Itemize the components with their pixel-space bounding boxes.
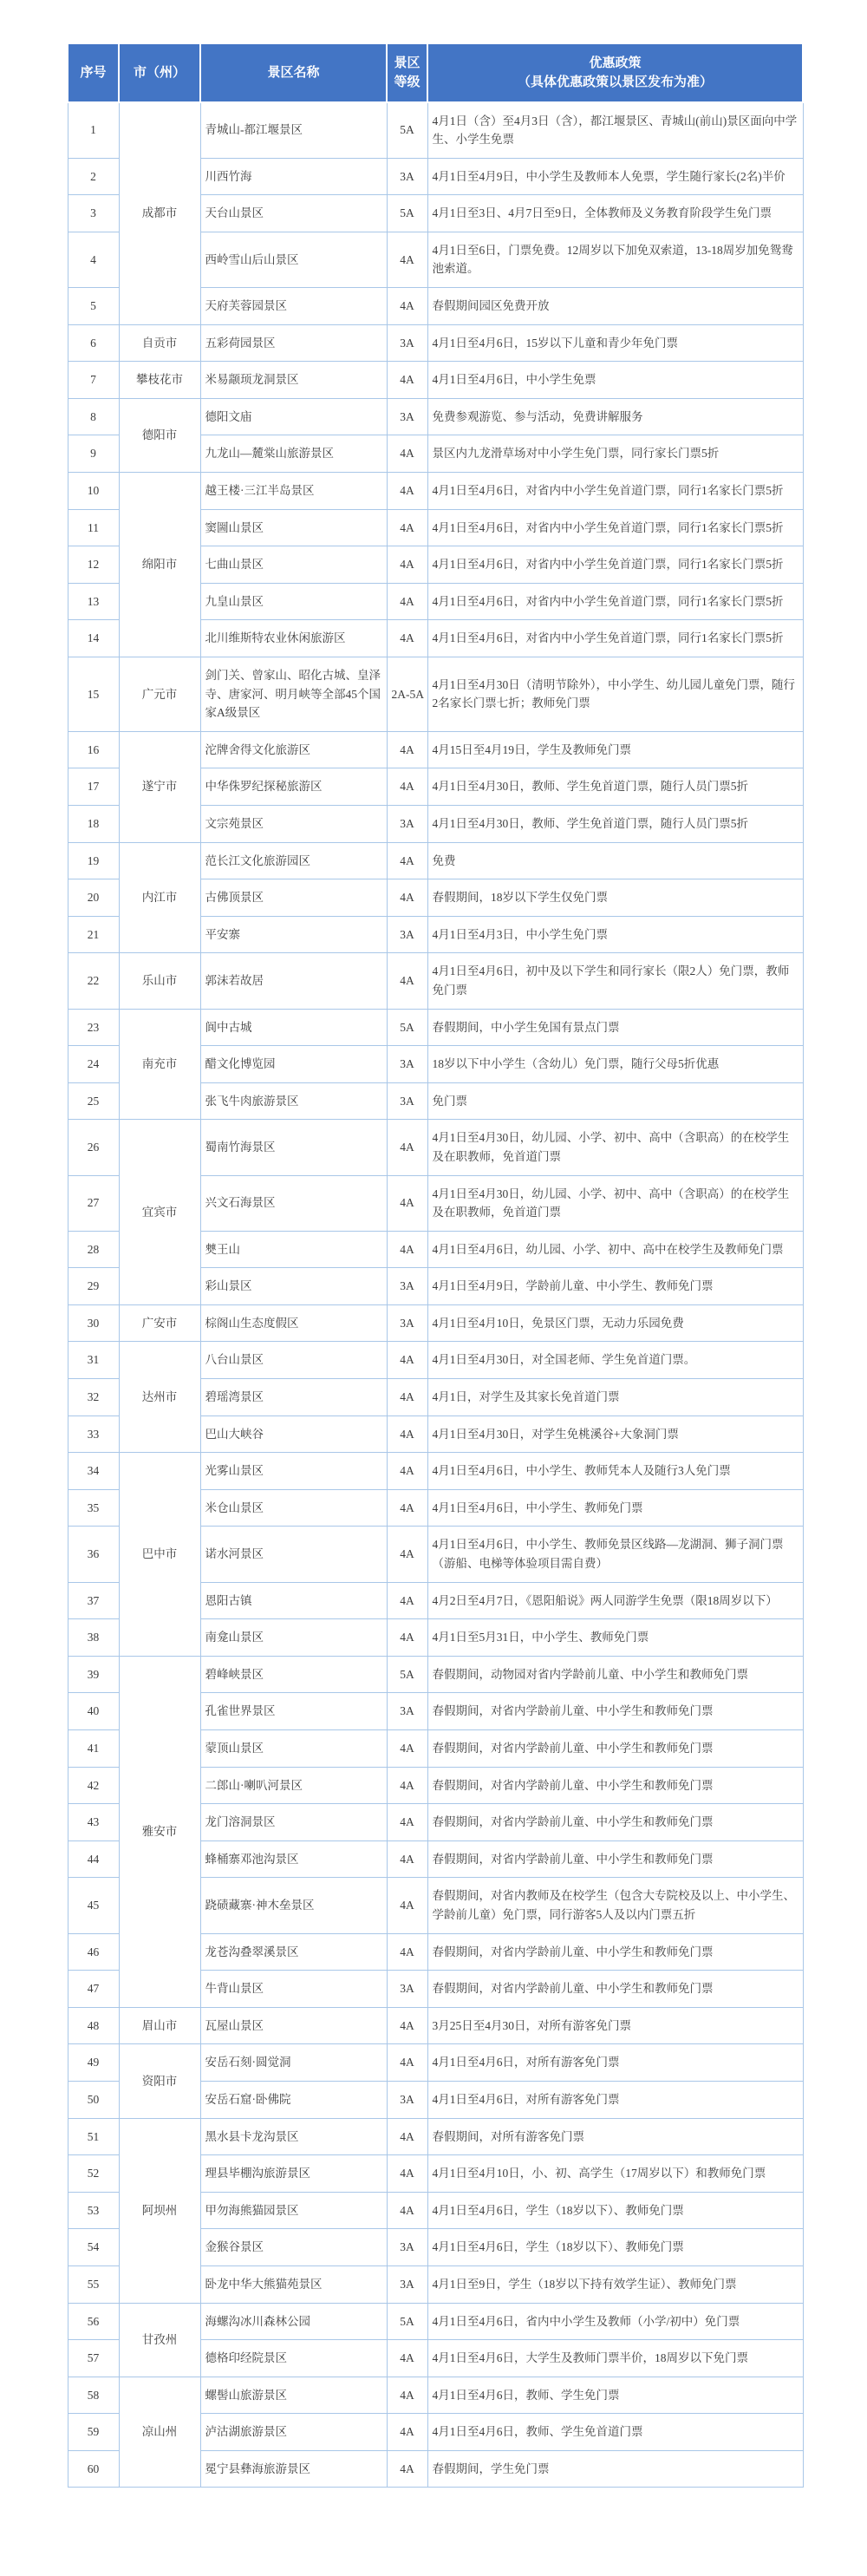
table-row: 7攀枝花市米易颛顼龙洞景区4A4月1日至4月6日，中小学生免票 <box>68 362 803 399</box>
policy-cell: 春假期间，对省内学龄前儿童、中小学生和教师免门票 <box>427 1804 803 1841</box>
grade-cell: 4A <box>387 1415 427 1453</box>
scenic-name-cell: 碧瑶湾景区 <box>200 1379 387 1416</box>
grade-cell: 4A <box>387 362 427 399</box>
serial-cell: 23 <box>68 1009 119 1046</box>
serial-cell: 49 <box>68 2044 119 2082</box>
policy-cell: 4月1日至6日，门票免费。12周岁以下加免双索道，13-18周岁加免鸳鸯池索道。 <box>427 232 803 287</box>
city-cell: 内江市 <box>119 842 200 953</box>
serial-cell: 25 <box>68 1082 119 1120</box>
city-cell: 巴中市 <box>119 1453 200 1657</box>
scenic-name-cell: 郭沫若故居 <box>200 953 387 1009</box>
serial-cell: 42 <box>68 1767 119 1804</box>
scenic-name-cell: 恩阳古镇 <box>200 1582 387 1619</box>
grade-cell: 3A <box>387 1046 427 1083</box>
grade-cell: 3A <box>387 398 427 435</box>
grade-cell: 5A <box>387 1656 427 1693</box>
city-cell: 遂宁市 <box>119 731 200 842</box>
table-row: 48眉山市瓦屋山景区4A3月25日至4月30日，对所有游客免门票 <box>68 2007 803 2044</box>
policy-cell: 景区内九龙滑草场对中小学生免门票，同行家长门票5折 <box>427 435 803 473</box>
table-row: 51阿坝州黑水县卡龙沟景区4A春假期间，对所有游客免门票 <box>68 2118 803 2155</box>
policy-cell: 4月2日至4月7日，《恩阳船说》两人同游学生免票（限18周岁以下） <box>427 1582 803 1619</box>
serial-cell: 15 <box>68 657 119 732</box>
grade-cell: 4A <box>387 842 427 879</box>
policy-cell: 春假期间，中小学生免国有景点门票 <box>427 1009 803 1046</box>
scenic-name-cell: 川西竹海 <box>200 158 387 195</box>
serial-cell: 32 <box>68 1379 119 1416</box>
scenic-name-cell: 棕阁山生态度假区 <box>200 1304 387 1342</box>
serial-cell: 47 <box>68 1971 119 2008</box>
grade-cell: 4A <box>387 1379 427 1416</box>
serial-cell: 5 <box>68 288 119 325</box>
policy-cell: 春假期间，对省内学龄前儿童、中小学生和教师免门票 <box>427 1971 803 2008</box>
scenic-name-cell: 七曲山景区 <box>200 546 387 584</box>
policy-cell: 春假期间，动物园对省内学龄前儿童、中小学生和教师免门票 <box>427 1656 803 1693</box>
policy-cell: 4月1日至4月6日，对所有游客免门票 <box>427 2044 803 2082</box>
scenic-name-cell: 北川维斯特农业休闲旅游区 <box>200 620 387 657</box>
scenic-name-cell: 西岭雪山后山景区 <box>200 232 387 287</box>
scenic-name-cell: 蜂桶寨邓池沟景区 <box>200 1840 387 1878</box>
policy-cell: 4月1日至4月9日，中小学生及教师本人免票，学生随行家长(2名)半价 <box>427 158 803 195</box>
grade-cell: 4A <box>387 2007 427 2044</box>
policy-cell: 4月1日至4月30日，幼儿园、小学、初中、高中（含职高）的在校学生及在职教师，免… <box>427 1175 803 1231</box>
serial-cell: 52 <box>68 2155 119 2193</box>
grade-cell: 4A <box>387 1342 427 1379</box>
policy-cell: 4月1日至4月6日，幼儿园、小学、初中、高中在校学生及教师免门票 <box>427 1231 803 1268</box>
city-cell: 达州市 <box>119 1342 200 1453</box>
serial-cell: 45 <box>68 1878 119 1933</box>
serial-cell: 18 <box>68 805 119 842</box>
serial-cell: 50 <box>68 2081 119 2118</box>
serial-cell: 55 <box>68 2265 119 2303</box>
serial-cell: 60 <box>68 2450 119 2488</box>
serial-cell: 57 <box>68 2340 119 2377</box>
grade-cell: 4A <box>387 1120 427 1175</box>
scenic-name-cell: 安岳石刻·圆觉洞 <box>200 2044 387 2082</box>
scenic-name-cell: 孔雀世界景区 <box>200 1693 387 1730</box>
scenic-name-cell: 阆中古城 <box>200 1009 387 1046</box>
grade-cell: 4A <box>387 731 427 768</box>
policy-cell: 4月1日，对学生及其家长免首道门票 <box>427 1379 803 1416</box>
grade-cell: 3A <box>387 158 427 195</box>
city-cell: 自贡市 <box>119 324 200 362</box>
policy-cell: 4月1日至4月6日，对所有游客免门票 <box>427 2081 803 2118</box>
grade-cell: 4A <box>387 2377 427 2414</box>
table-row: 31达州市八台山景区4A4月1日至4月30日，对全国老师、学生免首道门票。 <box>68 1342 803 1379</box>
scenic-name-cell: 平安寨 <box>200 916 387 953</box>
scenic-name-cell: 剑门关、曾家山、昭化古城、皇泽寺、唐家河、明月峡等全部45个国家A级景区 <box>200 657 387 732</box>
policy-cell: 4月1日至4月6日，学生（18岁以下）、教师免门票 <box>427 2229 803 2266</box>
grade-cell: 5A <box>387 102 427 159</box>
policy-cell: 4月1日至4月10日，小、初、高学生（17周岁以下）和教师免门票 <box>427 2155 803 2193</box>
policy-cell: 4月1日（含）至4月3日（含），都江堰景区、青城山(前山)景区面向中学生、小学生… <box>427 102 803 159</box>
grade-cell: 4A <box>387 2414 427 2451</box>
grade-cell: 3A <box>387 2081 427 2118</box>
scenic-name-cell: 巴山大峡谷 <box>200 1415 387 1453</box>
grade-cell: 2A-5A <box>387 657 427 732</box>
policy-cell: 春假期间，对省内学龄前儿童、中小学生和教师免门票 <box>427 1730 803 1768</box>
grade-cell: 3A <box>387 916 427 953</box>
col-header-serial: 序号 <box>68 43 119 102</box>
grade-cell: 4A <box>387 435 427 473</box>
scenic-name-cell: 理县毕棚沟旅游景区 <box>200 2155 387 2193</box>
policy-cell: 4月1日至4月6日，对省内中小学生免首道门票，同行1名家长门票5折 <box>427 583 803 620</box>
table-row: 30广安市棕阁山生态度假区3A4月1日至4月10日，免景区门票，无动力乐园免费 <box>68 1304 803 1342</box>
policy-cell: 4月1日至4月6日，对省内中小学生免首道门票，同行1名家长门票5折 <box>427 546 803 584</box>
policy-cell: 4月1日至4月9日，学龄前儿童、中小学生、教师免门票 <box>427 1268 803 1305</box>
serial-cell: 44 <box>68 1840 119 1878</box>
serial-cell: 22 <box>68 953 119 1009</box>
serial-cell: 33 <box>68 1415 119 1453</box>
scenic-discount-table: 序号 市（州） 景区名称 景区等级 优惠政策 （具体优惠政策以景区发布为准） 1… <box>67 42 804 2488</box>
policy-cell: 4月1日至4月6日，教师、学生免首道门票 <box>427 2414 803 2451</box>
serial-cell: 31 <box>68 1342 119 1379</box>
policy-cell: 4月1日至3日、4月7日至9日，全体教师及义务教育阶段学生免门票 <box>427 195 803 232</box>
serial-cell: 2 <box>68 158 119 195</box>
policy-cell: 4月1日至4月6日，对省内中小学生免首道门票，同行1名家长门票5折 <box>427 620 803 657</box>
grade-cell: 4A <box>387 509 427 546</box>
serial-cell: 38 <box>68 1619 119 1657</box>
serial-cell: 14 <box>68 620 119 657</box>
scenic-name-cell: 牛背山景区 <box>200 1971 387 2008</box>
serial-cell: 39 <box>68 1656 119 1693</box>
policy-cell: 免费 <box>427 842 803 879</box>
serial-cell: 27 <box>68 1175 119 1231</box>
policy-cell: 4月1日至4月30日，教师、学生免首道门票，随行人员门票5折 <box>427 768 803 806</box>
policy-cell: 春假期间园区免费开放 <box>427 288 803 325</box>
serial-cell: 34 <box>68 1453 119 1490</box>
serial-cell: 56 <box>68 2303 119 2340</box>
table-row: 26宜宾市蜀南竹海景区4A4月1日至4月30日，幼儿园、小学、初中、高中（含职高… <box>68 1120 803 1175</box>
serial-cell: 4 <box>68 232 119 287</box>
scenic-name-cell: 泸沽湖旅游景区 <box>200 2414 387 2451</box>
serial-cell: 59 <box>68 2414 119 2451</box>
table-row: 6自贡市五彩荷园景区3A4月1日至4月6日，15岁以下儿童和青少年免门票 <box>68 324 803 362</box>
policy-cell: 4月1日至4月30日，对全国老师、学生免首道门票。 <box>427 1342 803 1379</box>
serial-cell: 6 <box>68 324 119 362</box>
serial-cell: 40 <box>68 1693 119 1730</box>
policy-cell: 春假期间，对所有游客免门票 <box>427 2118 803 2155</box>
scenic-name-cell: 天台山景区 <box>200 195 387 232</box>
serial-cell: 1 <box>68 102 119 159</box>
grade-cell: 3A <box>387 324 427 362</box>
serial-cell: 54 <box>68 2229 119 2266</box>
policy-cell: 18岁以下中小学生（含幼儿）免门票，随行父母5折优惠 <box>427 1046 803 1083</box>
scenic-name-cell: 碧峰峡景区 <box>200 1656 387 1693</box>
grade-cell: 4A <box>387 583 427 620</box>
scenic-name-cell: 诺水河景区 <box>200 1527 387 1582</box>
table-row: 10绵阳市越王楼·三江半岛景区4A4月1日至4月6日，对省内中小学生免首道门票，… <box>68 473 803 510</box>
serial-cell: 24 <box>68 1046 119 1083</box>
scenic-name-cell: 蒙顶山景区 <box>200 1730 387 1768</box>
scenic-name-cell: 德阳文庙 <box>200 398 387 435</box>
grade-cell: 4A <box>387 1231 427 1268</box>
scenic-name-cell: 德格印经院景区 <box>200 2340 387 2377</box>
scenic-name-cell: 九龙山—麓棠山旅游景区 <box>200 435 387 473</box>
grade-cell: 4A <box>387 546 427 584</box>
serial-cell: 30 <box>68 1304 119 1342</box>
scenic-name-cell: 醋文化博览园 <box>200 1046 387 1083</box>
city-cell: 攀枝花市 <box>119 362 200 399</box>
grade-cell: 3A <box>387 805 427 842</box>
grade-cell: 4A <box>387 1933 427 1971</box>
serial-cell: 19 <box>68 842 119 879</box>
serial-cell: 17 <box>68 768 119 806</box>
grade-cell: 4A <box>387 1489 427 1527</box>
grade-cell: 5A <box>387 2303 427 2340</box>
policy-cell: 4月1日至4月10日，免景区门票，无动力乐园免费 <box>427 1304 803 1342</box>
scenic-name-cell: 文宗苑景区 <box>200 805 387 842</box>
grade-cell: 3A <box>387 2265 427 2303</box>
scenic-name-cell: 窦圌山景区 <box>200 509 387 546</box>
header-row: 序号 市（州） 景区名称 景区等级 优惠政策 （具体优惠政策以景区发布为准） <box>68 43 803 102</box>
scenic-name-cell: 范长江文化旅游园区 <box>200 842 387 879</box>
city-cell: 雅安市 <box>119 1656 200 2007</box>
serial-cell: 36 <box>68 1527 119 1582</box>
serial-cell: 8 <box>68 398 119 435</box>
scenic-name-cell: 兴文石海景区 <box>200 1175 387 1231</box>
scenic-name-cell: 天府芙蓉园景区 <box>200 288 387 325</box>
grade-cell: 4A <box>387 1175 427 1231</box>
grade-cell: 4A <box>387 2192 427 2229</box>
serial-cell: 13 <box>68 583 119 620</box>
scenic-name-cell: 青城山-都江堰景区 <box>200 102 387 159</box>
city-cell: 广元市 <box>119 657 200 732</box>
scenic-name-cell: 八台山景区 <box>200 1342 387 1379</box>
scenic-name-cell: 跷碛藏寨·神木垒景区 <box>200 1878 387 1933</box>
policy-cell: 春假期间，对省内教师及在校学生（包含大专院校及以上、中小学生、学龄前儿童）免门票… <box>427 1878 803 1933</box>
city-cell: 乐山市 <box>119 953 200 1009</box>
serial-cell: 51 <box>68 2118 119 2155</box>
city-cell: 眉山市 <box>119 2007 200 2044</box>
scenic-name-cell: 卧龙中华大熊猫苑景区 <box>200 2265 387 2303</box>
scenic-name-cell: 甲勿海熊猫园景区 <box>200 2192 387 2229</box>
grade-cell: 4A <box>387 2340 427 2377</box>
policy-cell: 4月15日至4月19日，学生及教师免门票 <box>427 731 803 768</box>
city-cell: 广安市 <box>119 1304 200 1342</box>
scenic-name-cell: 螺髻山旅游景区 <box>200 2377 387 2414</box>
scenic-name-cell: 瓦屋山景区 <box>200 2007 387 2044</box>
policy-cell: 4月1日至4月30日，对学生免桃溪谷+大象洞门票 <box>427 1415 803 1453</box>
table-row: 22乐山市郭沫若故居4A4月1日至4月6日，初中及以下学生和同行家长（限2人）免… <box>68 953 803 1009</box>
serial-cell: 10 <box>68 473 119 510</box>
scenic-name-cell: 蜀南竹海景区 <box>200 1120 387 1175</box>
policy-cell: 4月1日至4月6日，中小学生、教师免门票 <box>427 1489 803 1527</box>
serial-cell: 11 <box>68 509 119 546</box>
policy-cell: 春假期间，18岁以下学生仅免门票 <box>427 879 803 917</box>
scenic-name-cell: 彩山景区 <box>200 1268 387 1305</box>
grade-cell: 3A <box>387 1304 427 1342</box>
grade-cell: 4A <box>387 620 427 657</box>
grade-cell: 3A <box>387 1971 427 2008</box>
grade-cell: 4A <box>387 288 427 325</box>
scenic-name-cell: 米仓山景区 <box>200 1489 387 1527</box>
grade-cell: 4A <box>387 1767 427 1804</box>
grade-cell: 3A <box>387 1082 427 1120</box>
serial-cell: 9 <box>68 435 119 473</box>
policy-cell: 春假期间，对省内学龄前儿童、中小学生和教师免门票 <box>427 1767 803 1804</box>
city-cell: 南充市 <box>119 1009 200 1120</box>
serial-cell: 20 <box>68 879 119 917</box>
serial-cell: 41 <box>68 1730 119 1768</box>
table-row: 8德阳市德阳文庙3A免费参观游览、参与活动，免费讲解服务 <box>68 398 803 435</box>
table-row: 49资阳市安岳石刻·圆觉洞4A4月1日至4月6日，对所有游客免门票 <box>68 2044 803 2082</box>
policy-header-subtitle: （具体优惠政策以景区发布为准） <box>432 73 799 92</box>
policy-cell: 4月1日至4月30日，幼儿园、小学、初中、高中（含职高）的在校学生及在职教师，免… <box>427 1120 803 1175</box>
scenic-name-cell: 安岳石窟·卧佛院 <box>200 2081 387 2118</box>
policy-cell: 4月1日至4月6日，中小学生免票 <box>427 362 803 399</box>
grade-cell: 3A <box>387 2229 427 2266</box>
col-header-grade: 景区等级 <box>387 43 427 102</box>
scenic-name-cell: 沱牌舍得文化旅游区 <box>200 731 387 768</box>
grade-cell: 5A <box>387 195 427 232</box>
policy-cell: 4月1日至4月6日，中小学生、教师凭本人及随行3人免门票 <box>427 1453 803 1490</box>
city-cell: 成都市 <box>119 102 200 325</box>
table-row: 15广元市剑门关、曾家山、昭化古城、皇泽寺、唐家河、明月峡等全部45个国家A级景… <box>68 657 803 732</box>
serial-cell: 29 <box>68 1268 119 1305</box>
city-cell: 甘孜州 <box>119 2303 200 2377</box>
policy-header-title: 优惠政策 <box>432 54 799 73</box>
grade-cell: 4A <box>387 1878 427 1933</box>
scenic-name-cell: 张飞牛肉旅游景区 <box>200 1082 387 1120</box>
page: 序号 市（州） 景区名称 景区等级 优惠政策 （具体优惠政策以景区发布为准） 1… <box>0 0 867 2531</box>
policy-cell: 4月1日至4月6日，大学生及教师门票半价，18周岁以下免门票 <box>427 2340 803 2377</box>
serial-cell: 48 <box>68 2007 119 2044</box>
policy-cell: 春假期间，对省内学龄前儿童、中小学生和教师免门票 <box>427 1840 803 1878</box>
policy-cell: 4月1日至4月30日（清明节除外），中小学生、幼儿园儿童免门票，随行2名家长门票… <box>427 657 803 732</box>
policy-cell: 4月1日至4月6日，对省内中小学生免首道门票，同行1名家长门票5折 <box>427 509 803 546</box>
grade-cell: 4A <box>387 232 427 287</box>
policy-cell: 4月1日至4月3日，中小学生免门票 <box>427 916 803 953</box>
city-cell: 凉山州 <box>119 2377 200 2488</box>
table-row: 23南充市阆中古城5A春假期间，中小学生免国有景点门票 <box>68 1009 803 1046</box>
grade-cell: 5A <box>387 1009 427 1046</box>
col-header-policy: 优惠政策 （具体优惠政策以景区发布为准） <box>427 43 803 102</box>
policy-cell: 春假期间，对省内学龄前儿童、中小学生和教师免门票 <box>427 1693 803 1730</box>
serial-cell: 35 <box>68 1489 119 1527</box>
scenic-name-cell: 中华侏罗纪探秘旅游区 <box>200 768 387 806</box>
serial-cell: 43 <box>68 1804 119 1841</box>
policy-cell: 4月1日至9日，学生（18岁以下持有效学生证）、教师免门票 <box>427 2265 803 2303</box>
city-cell: 德阳市 <box>119 398 200 472</box>
grade-cell: 4A <box>387 879 427 917</box>
policy-cell: 3月25日至4月30日，对所有游客免门票 <box>427 2007 803 2044</box>
policy-cell: 4月1日至5月31日，中小学生、教师免门票 <box>427 1619 803 1657</box>
serial-cell: 26 <box>68 1120 119 1175</box>
serial-cell: 53 <box>68 2192 119 2229</box>
col-header-city: 市（州） <box>119 43 200 102</box>
policy-cell: 春假期间，对省内学龄前儿童、中小学生和教师免门票 <box>427 1933 803 1971</box>
grade-cell: 4A <box>387 1527 427 1582</box>
policy-cell: 春假期间，学生免门票 <box>427 2450 803 2488</box>
table-row: 56甘孜州海螺沟冰川森林公园5A4月1日至4月6日，省内中小学生及教师（小学/初… <box>68 2303 803 2340</box>
scenic-name-cell: 冕宁县彝海旅游景区 <box>200 2450 387 2488</box>
grade-cell: 4A <box>387 2155 427 2193</box>
policy-cell: 4月1日至4月6日，省内中小学生及教师（小学/初中）免门票 <box>427 2303 803 2340</box>
grade-cell: 4A <box>387 1804 427 1841</box>
grade-cell: 4A <box>387 1730 427 1768</box>
serial-cell: 37 <box>68 1582 119 1619</box>
policy-cell: 4月1日至4月30日，教师、学生免首道门票，随行人员门票5折 <box>427 805 803 842</box>
scenic-name-cell: 南龛山景区 <box>200 1619 387 1657</box>
policy-cell: 免费参观游览、参与活动，免费讲解服务 <box>427 398 803 435</box>
grade-cell: 3A <box>387 1693 427 1730</box>
serial-cell: 21 <box>68 916 119 953</box>
serial-cell: 16 <box>68 731 119 768</box>
scenic-name-cell: 僰王山 <box>200 1231 387 1268</box>
grade-cell: 4A <box>387 1619 427 1657</box>
scenic-name-cell: 二郎山·喇叭河景区 <box>200 1767 387 1804</box>
scenic-name-cell: 越王楼·三江半岛景区 <box>200 473 387 510</box>
scenic-name-cell: 海螺沟冰川森林公园 <box>200 2303 387 2340</box>
scenic-name-cell: 九皇山景区 <box>200 583 387 620</box>
policy-cell: 4月1日至4月6日，中小学生、教师免景区线路—龙湖洞、狮子洞门票（游船、电梯等体… <box>427 1527 803 1582</box>
scenic-name-cell: 龙苍沟叠翠溪景区 <box>200 1933 387 1971</box>
table-row: 1成都市青城山-都江堰景区5A4月1日（含）至4月3日（含），都江堰景区、青城山… <box>68 102 803 159</box>
table-row: 19内江市范长江文化旅游园区4A免费 <box>68 842 803 879</box>
serial-cell: 58 <box>68 2377 119 2414</box>
policy-cell: 4月1日至4月6日，15岁以下儿童和青少年免门票 <box>427 324 803 362</box>
grade-cell: 4A <box>387 2450 427 2488</box>
table-row: 16遂宁市沱牌舍得文化旅游区4A4月15日至4月19日，学生及教师免门票 <box>68 731 803 768</box>
grade-cell: 4A <box>387 1453 427 1490</box>
table-header: 序号 市（州） 景区名称 景区等级 优惠政策 （具体优惠政策以景区发布为准） <box>68 43 803 102</box>
city-cell: 绵阳市 <box>119 473 200 657</box>
policy-cell: 4月1日至4月6日，初中及以下学生和同行家长（限2人）免门票，教师免门票 <box>427 953 803 1009</box>
grade-cell: 4A <box>387 1840 427 1878</box>
scenic-name-cell: 古佛顶景区 <box>200 879 387 917</box>
grade-cell: 4A <box>387 1582 427 1619</box>
grade-cell: 4A <box>387 2044 427 2082</box>
grade-cell: 4A <box>387 768 427 806</box>
policy-cell: 免门票 <box>427 1082 803 1120</box>
grade-cell: 4A <box>387 953 427 1009</box>
scenic-name-cell: 光雾山景区 <box>200 1453 387 1490</box>
scenic-name-cell: 五彩荷园景区 <box>200 324 387 362</box>
table-body: 1成都市青城山-都江堰景区5A4月1日（含）至4月3日（含），都江堰景区、青城山… <box>68 102 803 2488</box>
serial-cell: 28 <box>68 1231 119 1268</box>
serial-cell: 3 <box>68 195 119 232</box>
scenic-name-cell: 米易颛顼龙洞景区 <box>200 362 387 399</box>
city-cell: 资阳市 <box>119 2044 200 2118</box>
policy-cell: 4月1日至4月6日，对省内中小学生免首道门票，同行1名家长门票5折 <box>427 473 803 510</box>
scenic-name-cell: 金猴谷景区 <box>200 2229 387 2266</box>
serial-cell: 12 <box>68 546 119 584</box>
policy-cell: 4月1日至4月6日，学生（18岁以下）、教师免门票 <box>427 2192 803 2229</box>
scenic-name-cell: 黑水县卡龙沟景区 <box>200 2118 387 2155</box>
col-header-name: 景区名称 <box>200 43 387 102</box>
table-row: 39雅安市碧峰峡景区5A春假期间，动物园对省内学龄前儿童、中小学生和教师免门票 <box>68 1656 803 1693</box>
table-row: 58凉山州螺髻山旅游景区4A4月1日至4月6日，教师、学生免门票 <box>68 2377 803 2414</box>
grade-cell: 3A <box>387 1268 427 1305</box>
city-cell: 宜宾市 <box>119 1120 200 1305</box>
serial-cell: 7 <box>68 362 119 399</box>
table-row: 34巴中市光雾山景区4A4月1日至4月6日，中小学生、教师凭本人及随行3人免门票 <box>68 1453 803 1490</box>
scenic-name-cell: 龙门溶洞景区 <box>200 1804 387 1841</box>
grade-cell: 4A <box>387 2118 427 2155</box>
grade-cell: 4A <box>387 473 427 510</box>
serial-cell: 46 <box>68 1933 119 1971</box>
policy-cell: 4月1日至4月6日，教师、学生免门票 <box>427 2377 803 2414</box>
city-cell: 阿坝州 <box>119 2118 200 2303</box>
